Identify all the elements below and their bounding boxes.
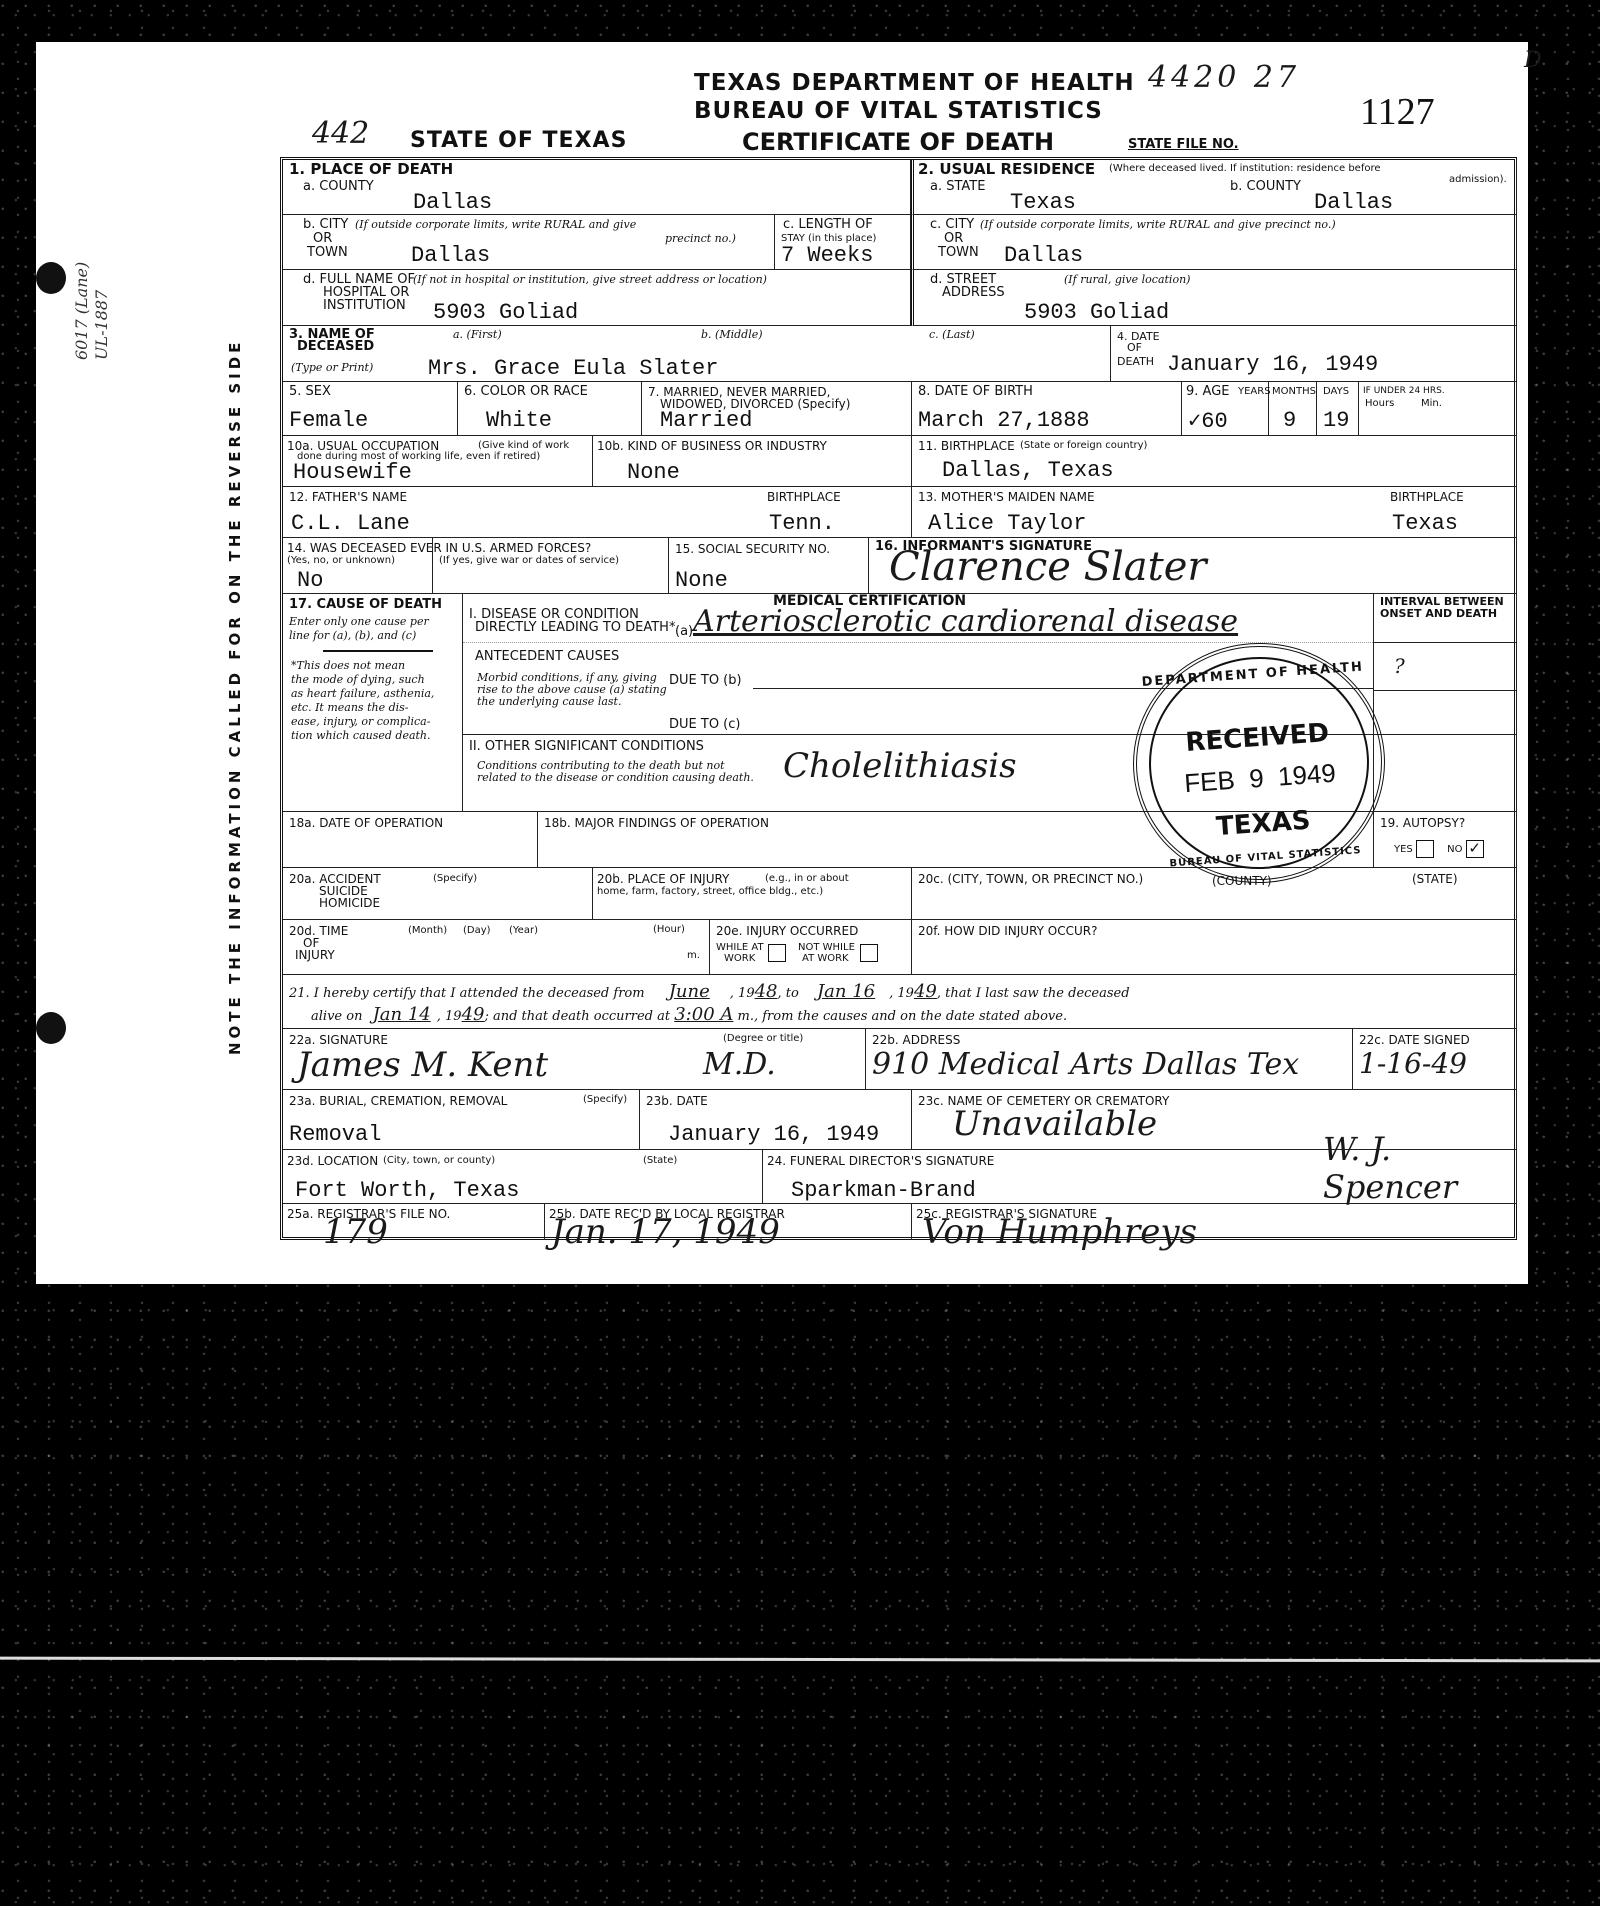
institution-label-3: INSTITUTION (323, 299, 406, 313)
race-value: White (486, 408, 552, 433)
age-days-value: 19 (1323, 408, 1349, 433)
attended-to-year: 49 (914, 981, 937, 1002)
mother-name-value: Alice Taylor (928, 511, 1086, 536)
autopsy-no-checkbox[interactable]: ✓ (1466, 840, 1484, 858)
cause-hint-1: Enter only one cause per (289, 616, 429, 628)
injury-occurred-label: 20e. INJURY OCCURRED (716, 924, 858, 938)
place-of-injury-label: 20b. PLACE OF INJURY (597, 872, 729, 886)
state-title: STATE OF TEXAS (410, 128, 627, 153)
certification-line-2: alive on Jan 14, 1949; and that death oc… (311, 1004, 1067, 1025)
city-hint-2: precinct no.) (665, 233, 736, 245)
years-label: YEARS (1238, 386, 1271, 397)
month-label: (Month) (408, 925, 447, 936)
mother-birthplace-value: Texas (1392, 511, 1458, 536)
footnote-1: *This does not mean (291, 660, 405, 672)
under-24-hours-cell: IF UNDER 24 HRS. Hours Min. (1359, 382, 1517, 436)
due-to-b-label: DUE TO (b) (669, 674, 742, 688)
date-of-birth-cell: 8. DATE OF BIRTH March 27,1888 (912, 382, 1182, 436)
burial-date-label: 23b. DATE (646, 1094, 708, 1108)
or-label: OR (313, 232, 332, 246)
homicide-label: HOMICIDE (319, 896, 380, 910)
how-injury-occurred-cell: 20f. HOW DID INJURY OCCUR? (912, 920, 1517, 975)
under-24-label: IF UNDER 24 HRS. (1363, 386, 1445, 397)
registrar-date-value: Jan. 17, 1949 (551, 1212, 780, 1252)
business-cell: 10b. KIND OF BUSINESS OR INDUSTRY None (593, 436, 912, 487)
birthplace-hint: (State or foreign country) (1020, 440, 1147, 451)
operation-findings-label: 18b. MAJOR FINDINGS OF OPERATION (544, 816, 769, 830)
injury-time-cell: 20d. TIME OF INJURY (Month) (Day) (Year)… (283, 920, 710, 975)
date-of-death-value: January 16, 1949 (1167, 352, 1378, 377)
business-value: None (627, 460, 680, 485)
autopsy-cell: 19. AUTOPSY? YES NO ✓ (1374, 812, 1517, 868)
institution-value: 5903 Goliad (433, 300, 578, 325)
interval-cell: INTERVAL BETWEEN ONSET AND DEATH ? (1374, 594, 1517, 812)
margin-ref-line-2: UL-1887 (92, 262, 112, 360)
autopsy-no-label: NO (1447, 844, 1462, 855)
age-years-cell: 9. AGE YEARS ✓60 (1182, 382, 1269, 436)
armed-forces-value: No (297, 568, 323, 593)
days-label: DAYS (1323, 386, 1349, 397)
physician-degree: M.D. (703, 1047, 776, 1082)
footnote-4: etc. It means the dis- (291, 702, 409, 714)
degree-label: (Degree or title) (723, 1033, 803, 1044)
attended-from-year: 48 (755, 981, 778, 1002)
date-signed-cell: 22c. DATE SIGNED 1-16-49 (1353, 1029, 1517, 1090)
date-signed-value: 1-16-49 (1359, 1047, 1467, 1080)
residence-county-value: Dallas (1314, 190, 1393, 215)
certification-line-1: 21. I hereby certify that I attended the… (289, 981, 1130, 1002)
operation-date-cell: 18a. DATE OF OPERATION (283, 812, 538, 868)
age-label: 9. AGE (1186, 385, 1230, 399)
stay-label: c. LENGTH OF (783, 218, 873, 232)
funeral-director-value: Sparkman-Brand (791, 1178, 976, 1203)
interval-rule-c (1374, 734, 1517, 735)
location-label: 23d. LOCATION (287, 1154, 378, 1168)
last-name-label: c. (Last) (929, 329, 975, 341)
cause-hint-2: line for (a), (b), and (c) (289, 630, 416, 642)
war-service-hint: (If yes, give war or dates of service) (439, 555, 619, 566)
corner-mark: D (1524, 48, 1542, 73)
time-of-death: 3:00 A (674, 1004, 733, 1025)
residence-or-label: OR (944, 232, 963, 246)
operation-date-label: 18a. DATE OF OPERATION (289, 816, 443, 830)
not-while-at-work-label: NOT WHILE (798, 942, 855, 953)
m-label: m. (687, 950, 700, 961)
residence-county-label: b. COUNTY (1230, 180, 1301, 194)
how-injury-label: 20f. HOW DID INJURY OCCUR? (918, 924, 1097, 938)
interval-a-value: ? (1394, 654, 1405, 678)
town-label: TOWN (307, 246, 348, 260)
place-of-injury-hint: (e.g., in or about (765, 873, 849, 884)
autopsy-yes-label: YES (1394, 844, 1413, 855)
specify-label: (Specify) (433, 873, 477, 884)
cemetery-value: Unavailable (952, 1104, 1157, 1144)
mother-cell: 13. MOTHER'S MAIDEN NAME BIRTHPLACE Alic… (912, 487, 1517, 538)
reverse-side-note: NOTE THE INFORMATION CALLED FOR ON THE R… (226, 339, 244, 1055)
dob-label: 8. DATE OF BIRTH (918, 385, 1033, 399)
burial-date-value: January 16, 1949 (668, 1122, 879, 1147)
cert-text: m., from the causes and on the date stat… (738, 1009, 1068, 1024)
certificate-title: CERTIFICATE OF DEATH (742, 128, 1054, 156)
burial-date-cell: 23b. DATE January 16, 1949 (640, 1090, 912, 1150)
autopsy-label: 19. AUTOPSY? (1380, 816, 1465, 830)
place-of-death-label: 1. PLACE OF DEATH (289, 162, 453, 176)
age-years-value: ✓60 (1188, 408, 1228, 434)
registrar-signature: Von Humphreys (922, 1212, 1197, 1252)
punch-hole (36, 262, 66, 294)
handwritten-top-number: 4420 27 (1148, 60, 1300, 95)
age-months-value: 9 (1283, 408, 1296, 433)
institution-cell: d. FULL NAME OF (If not in hospital or i… (283, 270, 911, 326)
residence-city-cell: c. CITY (If outside corporate limits, wr… (911, 215, 1517, 270)
disease-label-2: DIRECTLY LEADING TO DEATH* (475, 621, 675, 635)
place-of-injury-cell: 20b. PLACE OF INJURY (e.g., in or about … (593, 868, 912, 920)
cert-text: alive on (311, 1009, 362, 1024)
residence-street-cell: d. STREET ADDRESS (If rural, give locati… (911, 270, 1517, 326)
occupation-cell: 10a. USUAL OCCUPATION (Give kind of work… (283, 436, 593, 487)
line-a-rule (463, 642, 1373, 643)
antecedent-label: ANTECEDENT CAUSES (475, 650, 619, 664)
usual-residence-label: 2. USUAL RESIDENCE (918, 162, 1095, 176)
funeral-director-label: 24. FUNERAL DIRECTOR'S SIGNATURE (767, 1154, 994, 1168)
war-service-cell: (If yes, give war or dates of service) (433, 538, 669, 594)
residence-state-cell: 2. USUAL RESIDENCE (Where deceased lived… (911, 160, 1517, 215)
county-label: a. COUNTY (303, 180, 374, 194)
day-label: (Day) (463, 925, 491, 936)
occupation-value: Housewife (293, 460, 412, 485)
physician-address: 910 Medical Arts Dallas Tex (872, 1047, 1299, 1082)
residence-state-value: Texas (1010, 190, 1076, 215)
armed-forces-hint: (Yes, no, or unknown) (287, 555, 395, 566)
cert-text: 21. I hereby certify that I attended the… (289, 986, 645, 1001)
age-days-cell: DAYS 19 (1317, 382, 1359, 436)
cert-text: , to (778, 986, 799, 1001)
interval-label-2: ONSET AND DEATH (1380, 608, 1497, 620)
antecedent-hint-3: the underlying cause last. (477, 696, 621, 708)
city-hint: (If outside corporate limits, write RURA… (355, 219, 636, 231)
interval-rule-b (1374, 690, 1517, 691)
date-signed-label: 22c. DATE SIGNED (1359, 1033, 1470, 1047)
agency-title: TEXAS DEPARTMENT OF HEALTH (694, 70, 1135, 96)
type-or-print-hint: (Type or Print) (291, 362, 373, 374)
time-of-injury-label-3: INJURY (295, 948, 335, 962)
address-label: 22b. ADDRESS (872, 1033, 960, 1047)
armed-forces-cell: 14. WAS DECEASED EVER IN U.S. ARMED FORC… (283, 538, 433, 594)
place-of-injury-hint-2: home, farm, factory, street, office bldg… (597, 886, 823, 897)
handwritten-left-number: 442 (312, 116, 369, 151)
father-birthplace-label: BIRTHPLACE (767, 490, 841, 504)
occupation-hint: (Give kind of work (478, 440, 569, 451)
burial-cell: 23a. BURIAL, CREMATION, REMOVAL (Specify… (283, 1090, 640, 1150)
cert-text: ; and that death occurred at (484, 1009, 670, 1024)
margin-ref-line-1: 6017 (Lane) (72, 262, 92, 360)
death-city-value: Dallas (411, 243, 490, 268)
cause-a-value: Arteriosclerotic cardiorenal disease (693, 604, 1238, 639)
informant-cell: 16. INFORMANT'S SIGNATURE Clarence Slate… (869, 538, 1517, 594)
burial-label: 23a. BURIAL, CREMATION, REMOVAL (289, 1094, 507, 1108)
marital-status-cell: 7. MARRIED, NEVER MARRIED, WIDOWED, DIVO… (642, 382, 912, 436)
year-label: (Year) (509, 925, 538, 936)
cause-of-death-label-cell: 17. CAUSE OF DEATH Enter only one cause … (283, 594, 463, 812)
race-cell: 6. COLOR OR RACE White (458, 382, 642, 436)
attended-from-month: June (649, 981, 730, 1002)
interval-rule-a (1374, 642, 1517, 643)
cert-text: , 19 (437, 1009, 462, 1024)
dod-label-3: DEATH (1117, 355, 1154, 369)
attended-to-date: Jan 16 (803, 981, 889, 1002)
hours-label: Hours (1365, 398, 1394, 409)
hour-label: (Hour) (653, 924, 685, 935)
cause-label: 17. CAUSE OF DEATH (289, 598, 442, 612)
location-value: Fort Worth, Texas (295, 1178, 519, 1203)
while-at-work-label: WHILE AT (716, 942, 764, 953)
physician-signature: James M. Kent (297, 1045, 548, 1085)
cert-text: , that I last saw the deceased (937, 986, 1130, 1001)
business-label: 10b. KIND OF BUSINESS OR INDUSTRY (597, 439, 827, 453)
mother-birthplace-label: BIRTHPLACE (1390, 490, 1464, 504)
injury-location-label: 20c. (CITY, TOWN, OR PRECINCT NO.) (918, 872, 1143, 886)
injury-occurred-cell: 20e. INJURY OCCURRED WHILE AT WORK NOT W… (710, 920, 912, 975)
informant-signature: Clarence Slater (889, 544, 1207, 590)
mother-label: 13. MOTHER'S MAIDEN NAME (918, 490, 1095, 504)
residence-city-hint: (If outside corporate limits, write RURA… (980, 219, 1336, 231)
physician-signature-cell: 22a. SIGNATURE (Degree or title) James M… (283, 1029, 866, 1090)
residence-town-label: TOWN (938, 246, 979, 260)
divider (323, 650, 433, 652)
sex-cell: 5. SEX Female (283, 382, 458, 436)
footnote-6: tion which caused death. (291, 730, 431, 742)
first-name-label: a. (First) (453, 329, 502, 341)
age-months-cell: MONTHS 9 (1269, 382, 1317, 436)
dod-label-2: OF (1127, 341, 1142, 355)
while-at-work-checkbox[interactable] (768, 944, 786, 962)
bureau-title: BUREAU OF VITAL STATISTICS (694, 98, 1103, 124)
other-conditions-label: II. OTHER SIGNIFICANT CONDITIONS (469, 740, 704, 754)
footnote-3: as heart failure, asthenia, (291, 688, 434, 700)
punch-hole (36, 1012, 66, 1044)
registrar-date-cell: 25b. DATE REC'D BY LOCAL REGISTRAR Jan. … (545, 1204, 912, 1240)
city-label: b. CITY (303, 218, 348, 232)
date-of-birth-value: March 27,1888 (918, 408, 1090, 433)
marital-status-value: Married (660, 408, 752, 433)
registrar-file-value: 179 (323, 1212, 388, 1252)
street-hint: (If rural, give location) (1064, 274, 1190, 286)
registrar-signature-cell: 25c. REGISTRAR'S SIGNATURE Von Humphreys (912, 1204, 1517, 1240)
min-label: Min. (1421, 398, 1442, 409)
margin-handwritten-ref: 6017 (Lane) UL-1887 (72, 262, 112, 360)
not-while-at-work-checkbox[interactable] (860, 944, 878, 962)
other-hint-2: related to the disease or condition caus… (477, 772, 754, 784)
father-birthplace-value: Tenn. (769, 511, 835, 536)
burial-value: Removal (289, 1122, 381, 1147)
length-of-stay-value: 7 Weeks (781, 243, 873, 268)
footnote-5: ease, injury, or complica- (291, 716, 430, 728)
death-county-value: Dallas (413, 190, 492, 215)
other-conditions-value: Cholelithiasis (783, 746, 1017, 786)
funeral-director-signature: W. J. Spencer (1323, 1130, 1516, 1206)
while-at-work-label-2: WORK (724, 953, 755, 964)
autopsy-options: YES NO ✓ (1394, 840, 1484, 858)
funeral-director-cell: 24. FUNERAL DIRECTOR'S SIGNATURE Sparkma… (763, 1150, 1517, 1204)
father-name-value: C.L. Lane (291, 511, 410, 536)
street-label-2: ADDRESS (942, 286, 1005, 300)
sex-value: Female (289, 408, 368, 433)
line-a-marker: (a) (675, 625, 693, 639)
state-file-number: 1127 (1360, 90, 1435, 134)
state-file-label: STATE FILE NO. (1128, 137, 1239, 152)
location-hint: (City, town, or county) (383, 1155, 495, 1166)
birthplace-cell: 11. BIRTHPLACE (State or foreign country… (912, 436, 1517, 487)
months-label: MONTHS (1272, 386, 1316, 397)
not-while-at-work-label-2: AT WORK (802, 953, 849, 964)
birthplace-value: Dallas, Texas (942, 458, 1114, 483)
deceased-name-cell: 3. NAME OF DECEASED (Type or Print) a. (… (283, 326, 1111, 382)
father-label: 12. FATHER'S NAME (289, 490, 407, 504)
name-label-2: DECEASED (297, 340, 374, 354)
ssn-label: 15. SOCIAL SECURITY NO. (675, 542, 830, 556)
length-of-stay-cell: c. LENGTH OF STAY (in this place) 7 Week… (775, 215, 911, 270)
residence-street-value: 5903 Goliad (1024, 300, 1169, 325)
residence-state-label: a. STATE (930, 180, 985, 194)
physician-address-cell: 22b. ADDRESS 910 Medical Arts Dallas Tex (866, 1029, 1353, 1090)
birthplace-label: 11. BIRTHPLACE (918, 439, 1015, 453)
burial-specify-label: (Specify) (583, 1094, 627, 1105)
ssn-cell: 15. SOCIAL SECURITY NO. None (669, 538, 869, 594)
residence-city-value: Dallas (1004, 243, 1083, 268)
last-seen-date: Jan 14 (367, 1004, 437, 1025)
ssn-value: None (675, 568, 728, 593)
sex-label: 5. SEX (289, 385, 331, 399)
location-state-label: (State) (643, 1155, 677, 1166)
deceased-name-value: Mrs. Grace Eula Slater (428, 356, 718, 381)
injury-type-cell: 20a. ACCIDENT SUICIDE HOMICIDE (Specify) (283, 868, 593, 920)
place-of-death-city-cell: b. CITY (If outside corporate limits, wr… (283, 215, 775, 270)
footnote-2: the mode of dying, such (291, 674, 425, 686)
date-of-death-cell: 4. DATE OF DEATH January 16, 1949 (1111, 326, 1517, 382)
middle-name-label: b. (Middle) (701, 329, 763, 341)
cert-text: , 19 (889, 986, 914, 1001)
due-to-c-label: DUE TO (c) (669, 718, 740, 732)
certification-cell: 21. I hereby certify that I attended the… (283, 975, 1517, 1029)
registrar-file-cell: 25a. REGISTRAR'S FILE NO. 179 (283, 1204, 545, 1240)
residence-hint-2: admission). (1449, 174, 1507, 185)
institution-hint: (If not in hospital or institution, give… (413, 274, 767, 286)
father-cell: 12. FATHER'S NAME BIRTHPLACE C.L. Lane T… (283, 487, 912, 538)
disposition-location-cell: 23d. LOCATION (City, town, or county) (S… (283, 1150, 763, 1204)
residence-hint: (Where deceased lived. If institution: r… (1109, 163, 1381, 174)
last-seen-year: 49 (462, 1004, 485, 1025)
injury-state-label: (STATE) (1412, 872, 1458, 886)
cert-text: , 19 (730, 986, 755, 1001)
place-of-death-county-cell: 1. PLACE OF DEATH a. COUNTY Dallas (283, 160, 911, 215)
residence-city-label: c. CITY (930, 218, 974, 232)
race-label: 6. COLOR OR RACE (464, 385, 588, 399)
autopsy-yes-checkbox[interactable] (1416, 840, 1434, 858)
